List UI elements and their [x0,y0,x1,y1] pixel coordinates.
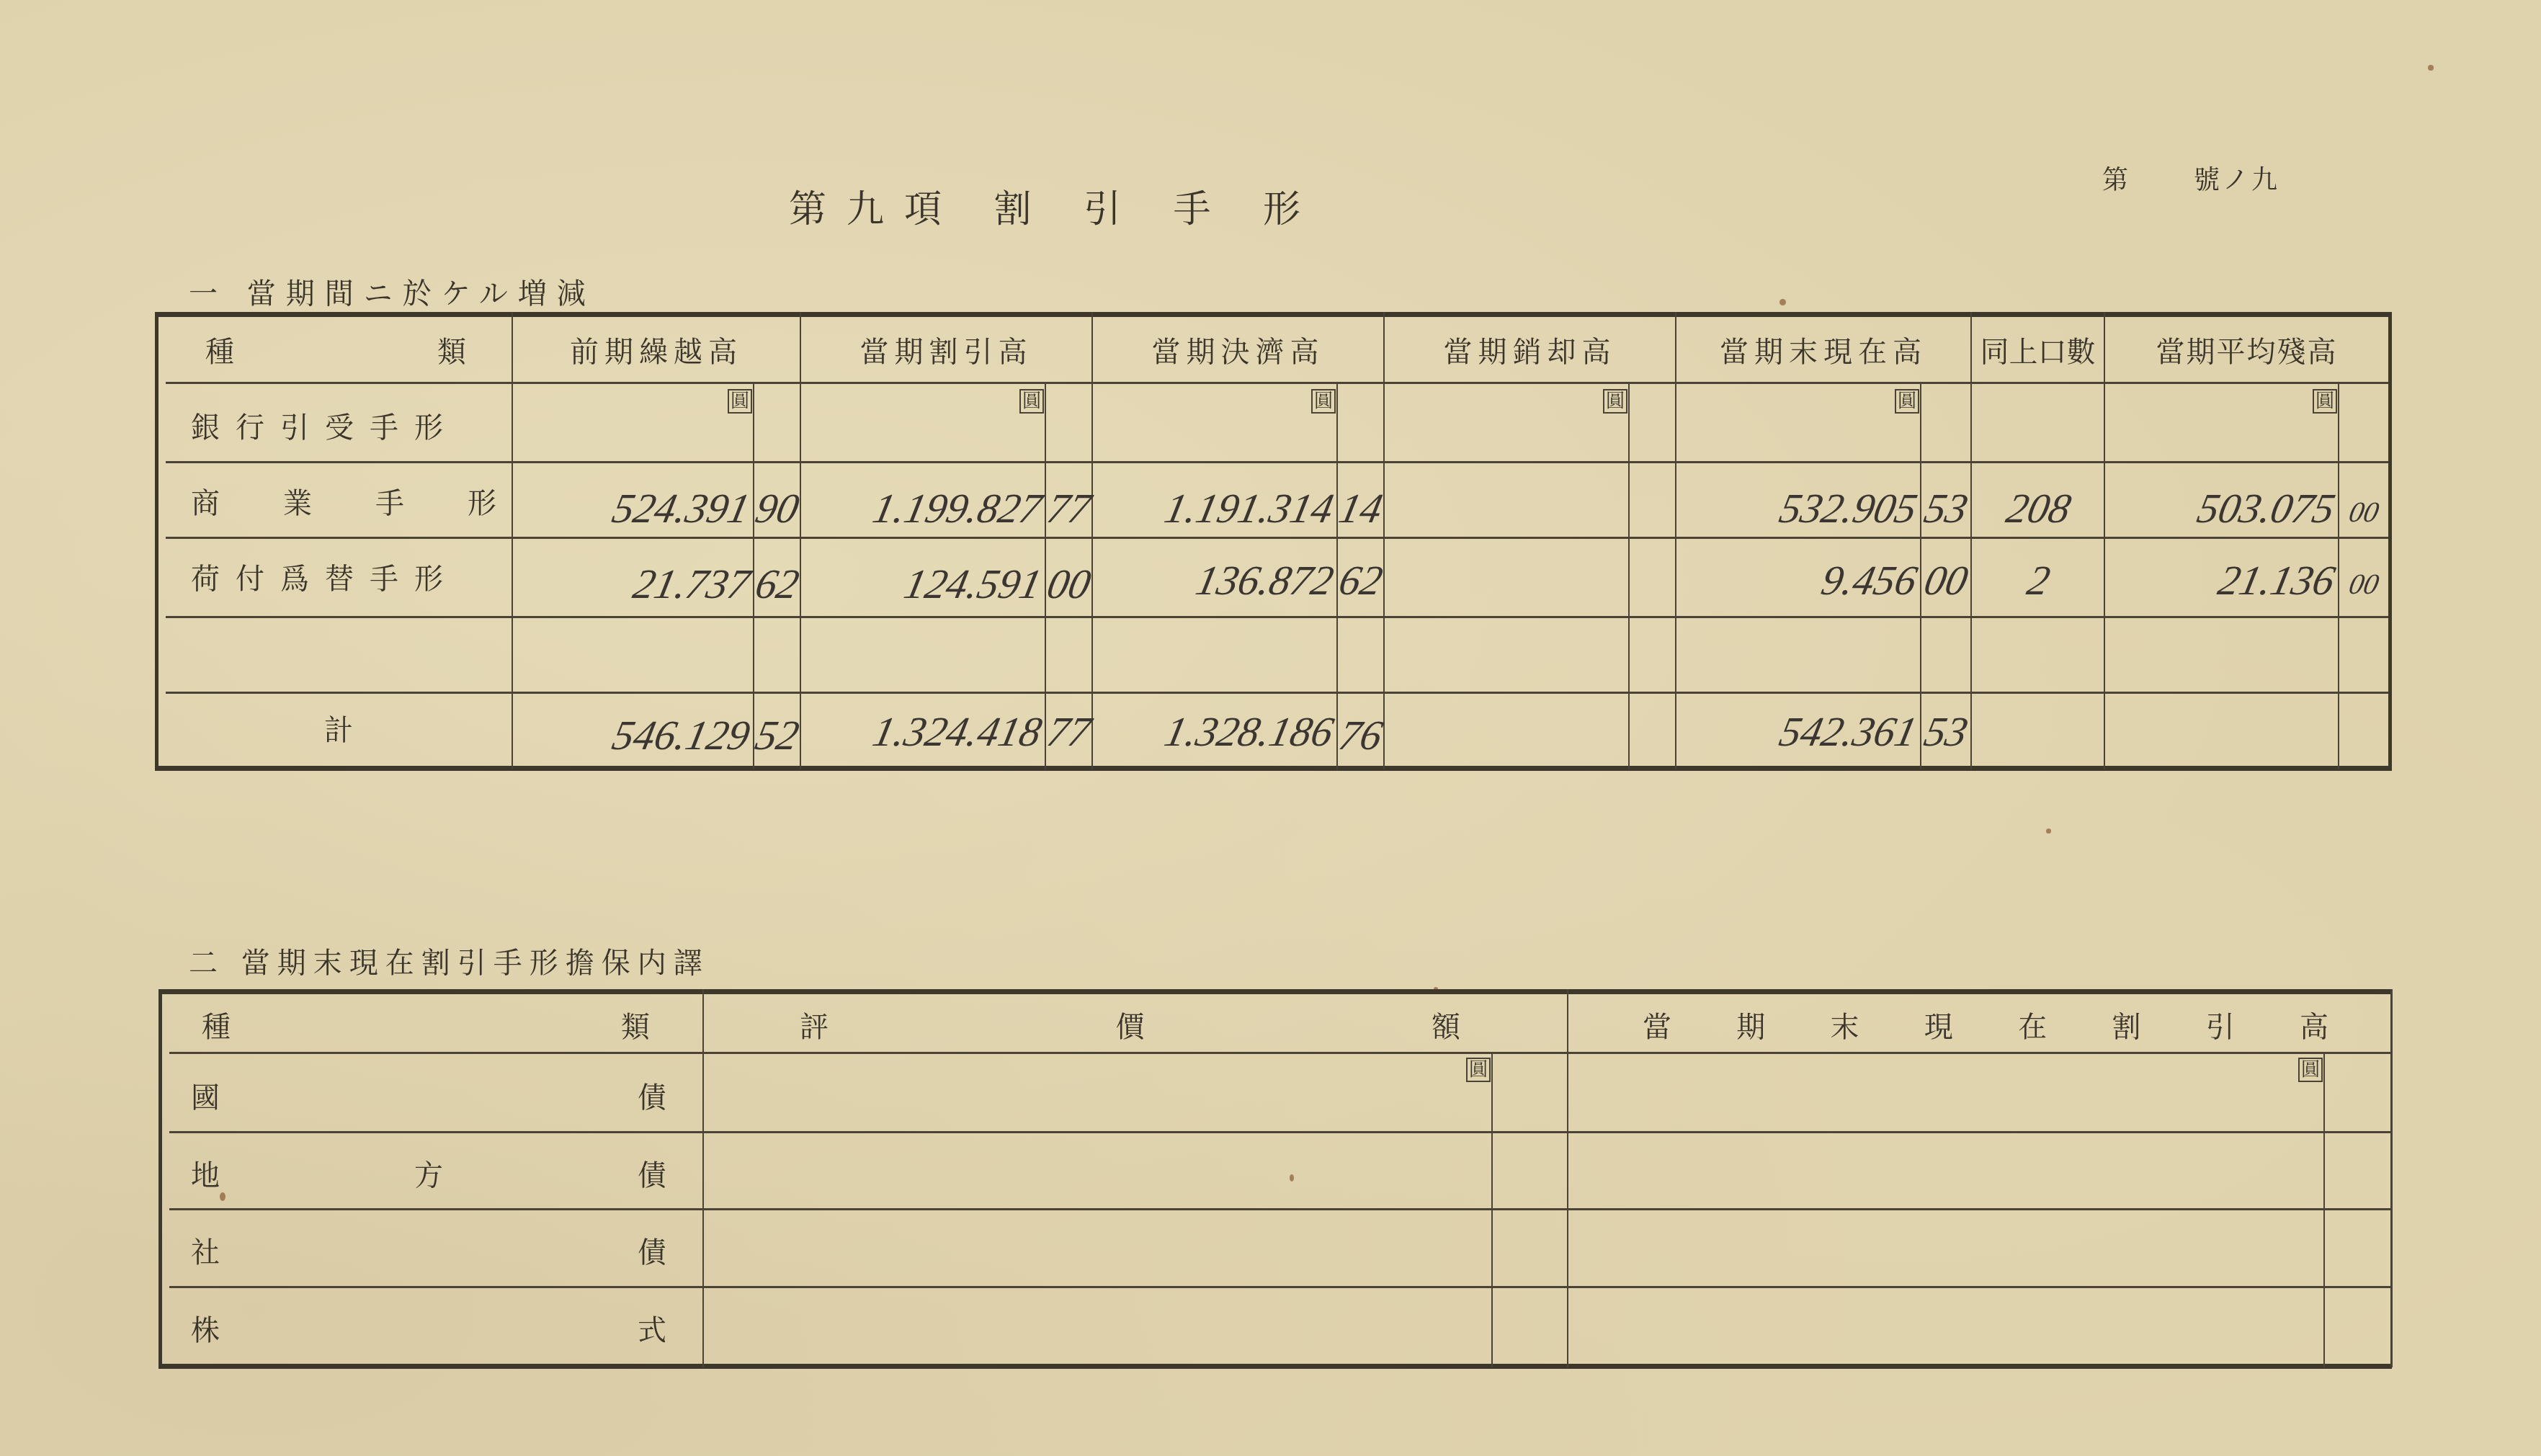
sen-divider [2323,1053,2325,1367]
row-label-stocks: 株 式 [191,1292,666,1364]
row-label-government-bonds: 國 債 [191,1059,666,1131]
row-label-local-bonds: 地 方 債 [191,1137,666,1209]
table-border-top [155,312,2392,317]
yen-unit-label: 圓 [2313,389,2337,414]
row-label-mid: 方 [414,1153,443,1194]
table-border-right [2390,989,2393,1367]
cell-commercial-count: 208 [1967,475,2110,540]
cell-documentary-average-sen: 00 [2333,551,2395,616]
column-header-average: 當期平均殘高 [2105,317,2388,382]
paper-speck [2046,829,2051,834]
column-header-valuation-char: 價 [1116,1004,1151,1045]
cell-documentary-carried-forward-yen: 21.737 [512,551,756,616]
yen-unit-label: 圓 [1311,389,1336,414]
table-border-top [158,989,2392,994]
column-header-kind-left: 種 [202,1004,236,1045]
paper-speck [1779,299,1786,305]
row-label-right: 債 [638,1075,666,1116]
column-header-carried-forward: 前期繰越高 [513,317,800,382]
row-divider [169,1052,2390,1054]
cell-documentary-count: 2 [1967,548,2110,612]
column-header-written-off: 當期銷却高 [1385,317,1675,382]
sen-divider [1491,1053,1493,1367]
yen-unit-label: 圓 [1019,389,1044,414]
cell-documentary-settled-yen: 136.872 [1088,548,1339,612]
sen-divider [1628,383,1630,769]
column-header-valuation-char: 額 [1432,1004,1466,1045]
cell-total-period-end-yen: 542.361 [1671,699,1923,764]
section2-heading: 二 當期末現在割引手形擔保内譯 [189,940,710,981]
row-divider [169,1286,2390,1288]
column-header-period-end: 當期末現在高 [1676,317,1970,382]
cell-documentary-period-end-sen: 00 [1915,548,1977,612]
cell-commercial-period-end-yen: 532.905 [1671,475,1923,540]
column-header-valuation-char: 評 [800,1004,834,1045]
cell-documentary-settled-sen: 62 [1331,548,1390,612]
section1-heading: 一 當期間ニ於ケル増減 [189,271,596,312]
row-label-bank-acceptance: 銀行引受手形 [191,389,494,461]
row-label-total: 計 [166,695,512,760]
column-divider [702,989,704,1367]
cell-total-discounted-yen: 1.324.418 [796,699,1048,764]
cell-commercial-discounted-yen: 1.199.827 [796,475,1048,540]
column-header-kind: 種 類 [205,317,472,382]
cell-total-settled-yen: 1.328.186 [1088,699,1339,764]
column-header-discounted: 當期割引高 [801,317,1091,382]
table-border-right [2388,312,2392,769]
column-divider [1567,989,1568,1367]
column-header-char: 當 [1643,1004,1677,1045]
column-header-kind-left: 種 [205,329,240,370]
page-title: 第九項 割 引 手 形 [789,179,1321,233]
row-label-left: 社 [191,1230,220,1271]
cell-documentary-average-yen: 21.136 [2100,548,2341,612]
paper-speck [1290,1174,1294,1182]
row-label-left: 株 [191,1308,220,1349]
column-header-char: 末 [1831,1004,1865,1045]
column-header-char: 現 [1924,1004,1959,1045]
column-header-char: 在 [2018,1004,2053,1045]
row-divider [169,1131,2390,1133]
row-label-documentary-bill: 荷付爲替手形 [191,540,494,612]
row-divider [166,382,2388,384]
sen-divider [2338,383,2339,769]
column-header-char: 高 [2300,1004,2334,1045]
cell-total-carried-forward-yen: 546.129 [512,702,756,767]
cell-commercial-settled-sen: 14 [1331,475,1390,540]
row-label-corporate-bonds: 社 債 [191,1214,666,1286]
yen-unit-label: 圓 [1895,389,1919,414]
table-border-bottom [155,766,2392,771]
paper-speck [2428,65,2434,71]
column-header-settled: 當期決濟高 [1093,317,1383,382]
cell-commercial-average-yen: 503.075 [2100,475,2341,540]
column-header-count: 同上口數 [1972,317,2104,382]
cell-commercial-period-end-sen: 53 [1915,475,1977,540]
row-divider [166,692,2388,694]
cell-commercial-average-sen: 00 [2333,479,2395,544]
column-header-char: 割 [2112,1004,2146,1045]
row-label-right: 債 [638,1153,666,1194]
cell-commercial-carried-forward-yen: 524.391 [512,475,756,540]
form-number-prefix: 第 [2102,160,2128,197]
column-header-kind-right: 類 [621,1004,656,1045]
column-header-period-end-discount: 當 期 末 現 在 割 引 高 [1643,998,2334,1052]
row-divider [166,461,2388,463]
row-label-left: 國 [191,1075,220,1116]
cell-documentary-period-end-yen: 9.456 [1671,548,1923,612]
row-label-commercial-bill: 商業手形 [191,465,494,537]
column-header-kind: 種 類 [202,998,656,1052]
table-border-left [158,989,162,1367]
yen-unit-label: 圓 [2298,1058,2323,1082]
cell-documentary-discounted-yen: 124.591 [796,551,1048,616]
column-header-valuation: 評 價 額 [800,998,1466,1052]
form-number: 號ノ九 [2194,160,2280,197]
cell-commercial-settled-yen: 1.191.314 [1088,475,1339,540]
row-divider [166,616,2388,618]
column-header-char: 期 [1736,1004,1771,1045]
column-header-kind-right: 類 [437,329,472,370]
cell-total-settled-sen: 76 [1331,702,1390,767]
row-label-right: 債 [638,1230,666,1271]
table-border-bottom [158,1364,2392,1369]
row-label-right: 式 [638,1308,666,1349]
yen-unit-label: 圓 [1466,1058,1491,1082]
yen-unit-label: 圓 [1603,389,1627,414]
column-header-char: 引 [2206,1004,2241,1045]
cell-total-period-end-sen: 53 [1915,699,1977,764]
table-border-left [155,312,158,769]
yen-unit-label: 圓 [728,389,752,414]
row-label-left: 地 [191,1153,220,1194]
